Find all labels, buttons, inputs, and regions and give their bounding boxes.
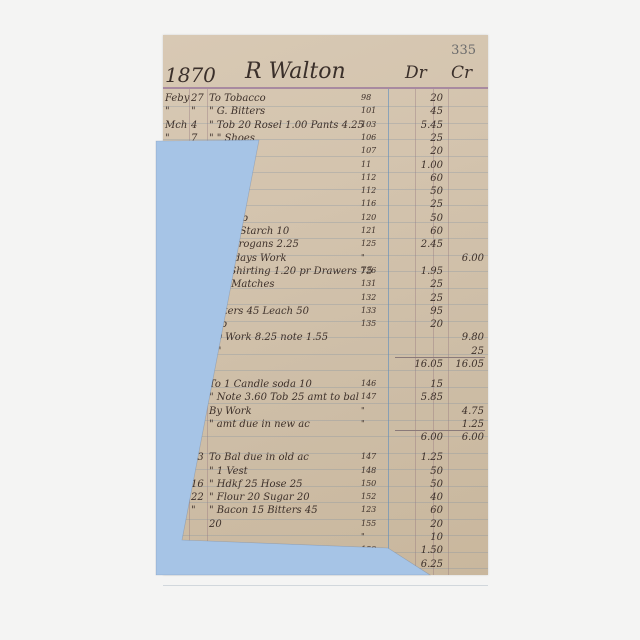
row-description: Tob [209,319,227,330]
row-folio: " [361,532,365,541]
row-description: To 1 Candle soda 10 [209,379,312,390]
row-folio: " [361,253,365,262]
row-debit: 60 [395,173,443,184]
header-rule [163,87,488,89]
row-day: 22 [191,492,204,503]
row-debit: 25 [395,199,443,210]
row-debit: 25 [395,133,443,144]
row-debit: 2.45 [395,239,443,250]
row-month: Feby [165,93,189,104]
row-folio: 112 [361,186,376,195]
row-description: l [209,199,212,210]
row-day: " [191,466,196,477]
row-description: sh 30 Starch 10 [209,226,289,237]
row-debit: 60 [395,226,443,237]
row-credit: 4.75 [448,406,484,417]
row-folio: 126 [361,266,376,275]
debit-heading: Dr [405,63,427,83]
row-debit: 20 [395,93,443,104]
row-day: " [191,505,196,516]
row-folio: 103 [361,120,376,129]
row-description: To Tobacco [209,93,266,104]
row-debit: 95 [395,306,443,317]
row-description: 20 [209,519,222,530]
row-debit: 40 [395,492,443,503]
row-description: " amt due in new ac [209,419,310,430]
row-month: " [165,505,170,516]
row-month: " [165,419,170,430]
row-folio: 116 [361,199,376,208]
row-folio: 106 [361,133,376,142]
row-debit: 15 [395,379,443,390]
row-day: 7 [191,133,197,144]
row-folio: 123 [361,505,376,514]
row-month: " [165,106,170,117]
row-folio: 132 [361,293,376,302]
row-month: " [165,479,170,490]
row-day: " [191,406,196,417]
row-month: " [165,466,170,477]
row-description: To Bal due in old ac [209,452,309,463]
row-description: " Hdkf 25 Hose 25 [209,479,302,490]
row-description: Syrup [209,173,239,184]
row-folio: 125 [361,239,376,248]
row-description: " 1 Vest [209,466,248,477]
row-debit: 25 [395,293,443,304]
row-folio: 146 [361,379,376,388]
row-month: May [165,452,187,463]
row-folio: 133 [361,306,376,315]
row-folio: 131 [361,279,376,288]
row-description: l 20 Brogans 2.25 [209,239,299,250]
row-day: " [191,419,196,430]
row-debit: 45 [395,106,443,117]
row-debit: 6.00 [395,432,443,443]
account-name: R Walton [245,59,346,84]
year-heading: 1870 [165,63,216,87]
row-debit: 25 [395,279,443,290]
row-description: " Flour 20 Sugar 20 [209,492,310,503]
row-folio: 11 [361,160,371,169]
row-month: Mch [165,120,187,131]
row-folio: 112 [361,173,376,182]
row-day: 9 [191,379,197,390]
ledger-row: 16.0516.05 [163,357,488,374]
row-description: " " Shoes [209,133,255,144]
row-day: " [191,106,196,117]
row-description: thong [209,186,238,197]
total-rule [395,430,485,431]
row-description: " " [209,346,221,357]
row-folio: 155 [361,519,376,528]
row-description: Bitters 45 Leach 50 [209,306,309,317]
row-description: y & Tob [209,213,248,224]
row-description: y 12 days Work [209,253,287,264]
row-credit: 6.00 [448,432,484,443]
row-month: " [165,492,170,503]
credit-heading: Cr [451,63,472,83]
row-folio: 98 [361,93,371,102]
row-month: " [165,406,170,417]
row-debit: 50 [395,213,443,224]
row-month: y [165,379,171,390]
row-folio: 148 [361,466,376,475]
row-folio: 101 [361,106,376,115]
row-description: By Work 8.25 note 1.55 [209,332,328,343]
row-day: 16 [191,479,204,490]
row-debit: 20 [395,519,443,530]
row-credit: 6.00 [448,253,484,264]
row-credit: 9.80 [448,332,484,343]
row-folio: " [361,419,365,428]
row-description: By Work [209,406,252,417]
row-folio: 121 [361,226,376,235]
row-folio: 150 [361,479,376,488]
row-credit: 1.25 [448,419,484,430]
row-debit: 5.85 [395,392,443,403]
row-day: 13 [191,392,204,403]
row-debit: 1.00 [395,160,443,171]
row-folio: 147 [361,392,376,401]
ledger-page: 335 1870 R Walton Dr Cr Feby27To Tobacco… [163,35,488,575]
row-day: 13 [191,452,204,463]
row-folio: 147 [361,452,376,461]
row-debit: 20 [395,319,443,330]
row-folio: 152 [361,492,376,501]
row-day: 4 [191,120,197,131]
row-credit: 25 [448,346,484,357]
row-debit: 16.05 [395,359,443,370]
ledger-row: 6.006.00 [163,430,488,447]
row-description: " Note 3.60 Tob 25 amt to bal [209,392,359,403]
row-debit: 10 [395,532,443,543]
row-folio: " [361,406,365,415]
row-debit: 1.95 [395,266,443,277]
row-debit: 1.25 [395,452,443,463]
total-rule [395,357,485,358]
row-credit: 16.05 [448,359,484,370]
row-folio: 135 [361,319,376,328]
row-debit: 60 [395,505,443,516]
row-folio: 159 [361,545,376,554]
row-debit: 1.50 [395,545,443,556]
row-debit: 20 [395,146,443,157]
row-folio: 107 [361,146,376,155]
row-debit: 50 [395,479,443,490]
row-debit: 50 [395,186,443,197]
ruled-line [163,585,488,586]
page-number: 335 [451,43,476,58]
row-description: Box Matches [209,279,275,290]
row-description: yds Shirting 1.20 pr Drawers 75 [209,266,373,277]
row-folio: 120 [361,213,376,222]
row-description: " G. Bitters [209,106,265,117]
row-day: 25 [191,332,204,343]
ledger-row: 6.25 [163,557,488,574]
row-day: 27 [191,93,204,104]
row-debit: 50 [395,466,443,477]
row-month: " [165,392,170,403]
row-description: " Tob 20 Rosel 1.00 Pants 4.25 [209,120,364,131]
row-month: " [165,133,170,144]
row-description: Tob [209,293,227,304]
row-description: " Bacon 15 Bitters 45 [209,505,318,516]
row-debit: 6.25 [395,559,443,570]
row-debit: 5.45 [395,120,443,131]
